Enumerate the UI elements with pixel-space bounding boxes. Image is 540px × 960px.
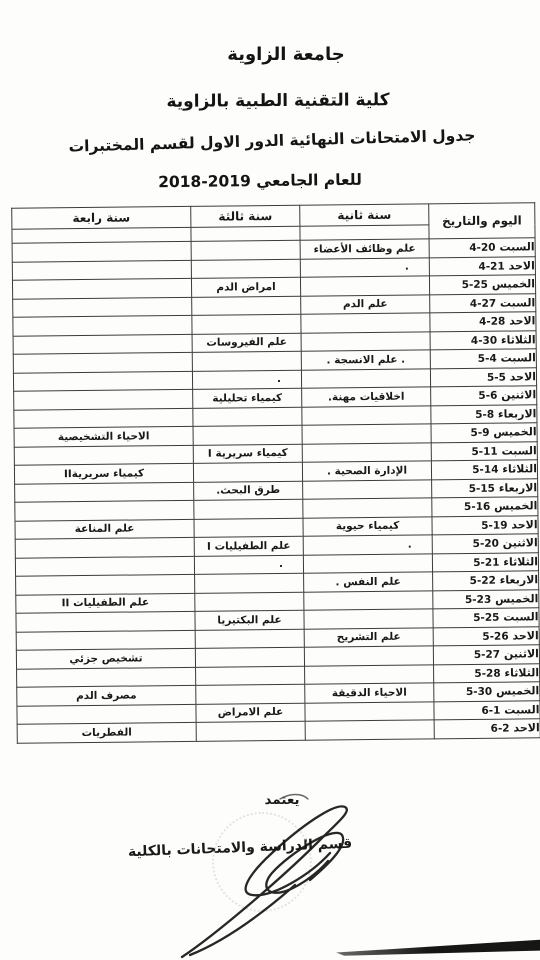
date-cell: السبت 5-25 [433,608,539,628]
date-value: 5-25 [471,612,499,624]
subject-cell [303,498,432,518]
empty-header-cell [191,226,300,241]
date-value: 5-5 [485,371,506,383]
date-cell: الاثنين 5-20 [432,534,538,554]
date-cell: الاربعاء 5-22 [433,571,539,591]
date-cell: السبت 4-20 [429,238,535,258]
day-name: الاربعاء [499,481,538,494]
subject-cell [302,405,431,425]
subject-cell [15,482,194,502]
table-header-row: اليوم والتاريخ سنة ثانية سنة ثالثة سنة ر… [12,203,535,229]
subject-cell [15,500,194,520]
day-name: السبت [499,241,534,254]
empty-header-cell [300,225,429,240]
date-value: 5-9 [468,427,489,439]
date-value: 5-21 [471,556,499,568]
day-name: السبت [504,703,539,716]
subject-cell: علم الدم [301,294,430,314]
subject-cell [304,609,433,629]
day-name: السبت [500,296,535,309]
date-cell: الاربعاء 5-15 [432,478,538,498]
subject-cell: علم النفس . [304,572,433,592]
subject-cell [195,592,304,612]
date-value: 5-14 [470,464,498,476]
subject-cell [191,259,300,279]
subject-cell: اخلاقيات مهنة. [302,387,431,407]
subject-cell [14,408,193,428]
subject-cell: الإدارة الصحية . [302,461,431,481]
date-value: 5-4 [476,353,497,365]
subject-cell [196,721,305,741]
subject-cell [191,240,300,260]
subject-cell [196,684,305,704]
date-value: 5-20 [471,538,499,550]
day-name: السبت [503,611,538,624]
date-cell: الخميس 5-23 [433,589,539,609]
subject-cell [16,630,195,650]
subject-cell [304,646,433,666]
subject-cell: علم الفيروسات [192,333,301,353]
date-value: 6-1 [479,704,500,716]
subject-cell [12,260,191,280]
subject-cell: امراض الدم [191,277,300,297]
day-name: الاحد [509,315,535,328]
date-value: 5-26 [480,630,508,642]
subject-cell: تشخيص جزئي [16,648,195,668]
subject-cell [15,556,194,576]
day-name: الاحد [509,259,535,272]
day-name: الاحد [513,722,539,735]
day-name: الخميس [493,426,536,439]
day-name: الاثنين [503,537,538,550]
date-cell: الاحد 5-5 [430,367,536,387]
date-cell: الثلاثاء 4-30 [430,330,536,350]
date-value: 5-19 [479,519,507,531]
col-header-year4: سنة رابعة [12,206,191,229]
day-name: الاحد [512,629,538,642]
subject-cell: مصرف الدم [17,685,196,705]
subject-cell [195,573,304,593]
date-cell: الخميس 5-16 [432,497,538,517]
subject-cell: علم الامراض [196,703,305,723]
date-value: 5-27 [472,649,500,661]
date-cell: السبت 5-4 [430,349,536,369]
date-cell: الاحد 5-26 [433,626,539,646]
subject-cell: . [192,370,301,390]
subject-cell [14,445,193,465]
subject-cell [301,313,430,333]
college-title: كلية التقنية الطبية بالزاوية [8,89,540,113]
date-value: 4-27 [468,297,496,309]
subject-cell: علم الطفيليات II [16,593,195,613]
subject-cell [194,518,303,538]
exam-schedule-table: اليوم والتاريخ سنة ثانية سنة ثالثة سنة ر… [11,202,540,743]
subject-cell: . [303,535,432,555]
date-cell: الثلاثاء 5-21 [432,552,538,572]
date-value: 5-22 [468,575,496,587]
day-name: الخميس [494,500,537,513]
subject-cell [302,424,431,444]
date-value: 5-11 [469,445,497,457]
date-cell: الخميس 5-30 [434,682,540,702]
subject-cell [301,368,430,388]
date-cell: الاحد 4-28 [430,312,536,332]
date-cell: الاحد 6-2 [434,719,540,739]
university-title: جامعة الزاوية [16,44,540,65]
date-cell: السبت 6-1 [434,700,540,720]
day-name: الاحد [511,518,537,531]
date-value: 5-28 [472,667,500,679]
subject-cell: كيمياء سريرية I [193,444,302,464]
subject-cell [192,296,301,316]
subject-cell [16,611,195,631]
date-value: 5-23 [463,594,491,606]
date-cell: الخميس 5-25 [429,275,535,295]
exam-table-body: السبت 4-20علم وظائف الأعضاءالاحد 4-21.ال… [12,238,540,743]
day-name: الاثنين [504,648,539,661]
date-value: 6-2 [489,723,510,735]
date-value: 4-20 [467,242,495,254]
subject-cell: علم وظائف الأعضاء [300,239,429,259]
subject-cell: علم البكتيريا [195,610,304,630]
subject-cell [303,553,432,573]
subject-cell [13,371,192,391]
subject-cell [193,407,302,427]
date-cell: الاثنين 5-6 [431,386,537,406]
day-name: السبت [501,444,536,457]
day-name: الاربعاء [500,574,539,587]
date-value: 4-28 [477,316,505,328]
date-value: 4-21 [476,260,504,272]
subject-cell [12,241,191,261]
scanned-document: جامعة الزاوية كلية التقنية الطبية بالزاو… [0,0,540,960]
subject-cell [194,499,303,519]
subject-cell [300,276,429,296]
date-cell: السبت 5-11 [431,441,537,461]
subject-cell: الفطريات [17,722,196,742]
date-value: 4-30 [469,334,497,346]
subject-cell [303,479,432,499]
day-name: الثلاثاء [503,555,538,568]
subject-cell [13,297,192,317]
day-name: الخميس [492,278,535,291]
date-value: 5-15 [467,482,495,494]
subject-cell [16,574,195,594]
subject-cell [193,425,302,445]
subject-cell: الاحياء الدقيقة [305,683,434,703]
date-value: 5-16 [462,501,490,513]
date-value: 5-8 [473,408,494,420]
subject-cell [15,537,194,557]
day-name: الثلاثاء [502,463,537,476]
subject-cell [17,667,196,687]
col-header-day-date: اليوم والتاريخ [429,203,535,239]
day-name: الخميس [496,685,539,698]
subject-cell: . [194,555,303,575]
date-cell: الثلاثاء 5-28 [434,663,540,683]
subject-cell [305,664,434,684]
subject-cell [192,351,301,371]
subject-cell [192,314,301,334]
subject-cell [193,462,302,482]
date-cell: الاحد 5-19 [432,515,538,535]
date-value: 5-6 [476,390,497,402]
day-name: الثلاثاء [504,666,539,679]
day-name: الاثنين [501,389,536,402]
subject-cell [195,647,304,667]
subject-cell: طرق البحث. [194,481,303,501]
day-name: الاربعاء [498,407,537,420]
day-name: الخميس [495,592,538,605]
subject-cell [17,704,196,724]
subject-cell: . علم الانسجة . [301,350,430,370]
academic-year: للعام الجامعي 2019-2018 [0,169,530,194]
subject-cell [195,629,304,649]
subject-cell [13,352,192,372]
schedule-title: جدول الامتحانات النهائية الدور الاول لقس… [2,124,540,157]
date-cell: الاحد 4-21 [429,256,535,276]
date-cell: الخميس 5-9 [431,423,537,443]
subject-cell: علم المناعة [15,519,194,539]
day-name: السبت [501,352,536,365]
date-value: 5-25 [460,279,488,291]
subject-cell [304,590,433,610]
day-name: الثلاثاء [501,333,536,346]
subject-cell [13,315,192,335]
subject-cell [305,701,434,721]
col-header-year2: سنة ثانية [300,204,429,226]
date-value: 5-30 [464,686,492,698]
date-cell: الاربعاء 5-8 [431,404,537,424]
subject-cell [12,278,191,298]
subject-cell: كيمياء سريريةII [14,463,193,483]
subject-cell: الاحياء التشخيصية [14,426,193,446]
day-name: الاحد [510,370,536,383]
subject-cell [13,334,192,354]
date-cell: الاثنين 5-27 [433,645,539,665]
col-header-year3: سنة ثالثة [191,205,300,227]
subject-cell: كيمياء حيوية [303,516,432,536]
subject-cell: . [300,257,429,277]
subject-cell: علم الطفيليات I [194,536,303,556]
date-cell: السبت 4-27 [430,293,536,313]
subject-cell [196,666,305,686]
date-cell: الثلاثاء 5-14 [431,460,537,480]
subject-cell [14,389,193,409]
subject-cell [302,442,431,462]
subject-cell: كيمياء تحليلية [193,388,302,408]
subject-cell [305,720,434,740]
subject-cell: علم التشريح [304,627,433,647]
signature-scribble [160,785,380,960]
subject-cell [301,331,430,351]
